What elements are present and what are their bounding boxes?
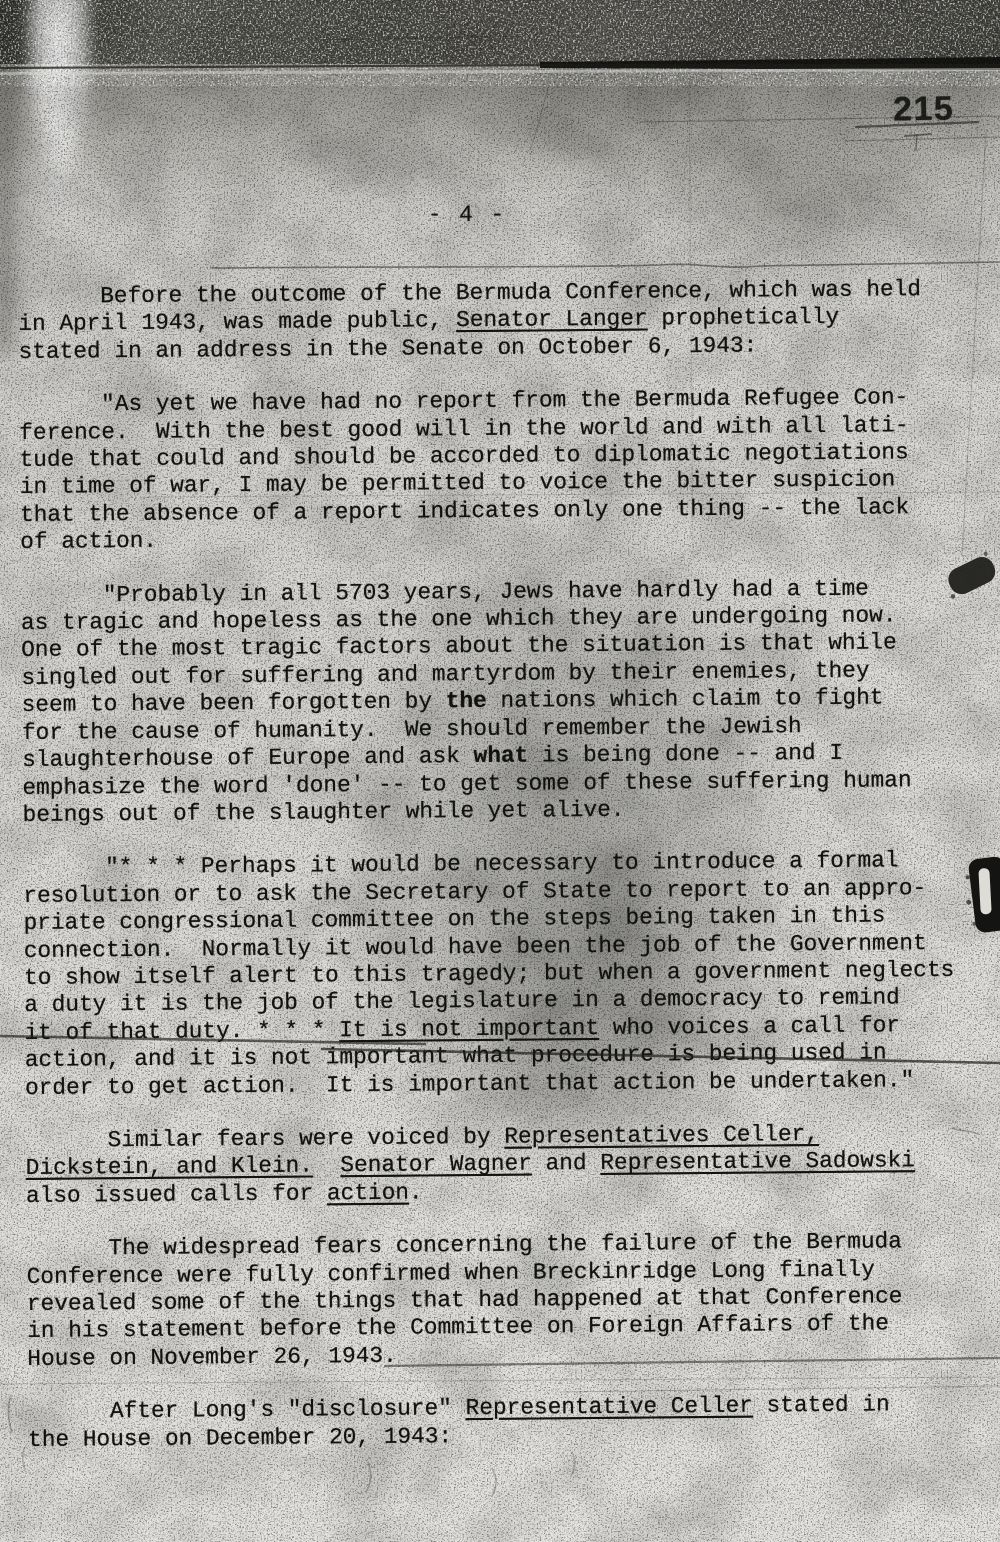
scan-smudge-top-center bbox=[430, 52, 760, 172]
paragraph: After Long's "disclosure" Representative… bbox=[28, 1391, 993, 1454]
paragraph: Similar fears were voiced by Representat… bbox=[25, 1120, 991, 1211]
text-segment bbox=[313, 1153, 341, 1179]
paragraph: "As yet we have had no report from the B… bbox=[19, 384, 985, 557]
text-segment: the House on December 20, 1943: bbox=[28, 1423, 452, 1453]
text-body: Before the outcome of the Bermuda Confer… bbox=[18, 276, 993, 1480]
text-segment: prophetically bbox=[648, 304, 840, 332]
scanned-document-page: 215 - 4 - Before the outcome of the Berm… bbox=[0, 0, 1000, 1542]
text-segment: and bbox=[532, 1150, 601, 1177]
underlined-text: Representatives Celler, bbox=[504, 1121, 819, 1150]
text-segment: it of that duty. * * * bbox=[24, 1017, 339, 1046]
text-segment: beings out of the slaughter while yet al… bbox=[23, 797, 625, 828]
paragraph: The widespread fears concerning the fail… bbox=[26, 1228, 992, 1373]
text-segment: House on November 26, 1943. bbox=[27, 1343, 397, 1372]
underlined-text: Senator Wagner bbox=[340, 1151, 532, 1179]
scan-light-streak-lower bbox=[34, 120, 86, 270]
text-segment: is being done -- and I bbox=[528, 740, 843, 769]
text-segment: the bbox=[446, 688, 487, 714]
text-segment: in April 1943, was made public, bbox=[18, 308, 456, 338]
scan-light-streak bbox=[26, 0, 92, 172]
paragraph: Before the outcome of the Bermuda Confer… bbox=[18, 276, 984, 367]
text-segment: seem to have been forgotten by bbox=[22, 689, 446, 719]
text-segment: of action. bbox=[20, 528, 157, 555]
text-segment: slaughterhouse of Europe and ask bbox=[22, 743, 474, 773]
paragraph: "* * * Perhaps it would be necessary to … bbox=[23, 847, 990, 1102]
text-segment: stated in bbox=[753, 1392, 890, 1419]
scan-dark-top-band bbox=[0, 0, 1000, 64]
text-segment: . bbox=[409, 1179, 423, 1205]
underlined-text: Representative Celler bbox=[465, 1393, 753, 1422]
text-segment: also issued calls for bbox=[26, 1180, 327, 1209]
text-segment: stated in an address in the Senate on Oc… bbox=[18, 332, 757, 364]
underlined-text: It is not important bbox=[339, 1015, 599, 1043]
text-segment: Similar fears were voiced by bbox=[25, 1124, 504, 1154]
text-segment: nations which claim to fight bbox=[487, 685, 884, 714]
page-stamp-number: 215 bbox=[893, 89, 955, 129]
underlined-text: action bbox=[327, 1179, 409, 1206]
text-segment: who voices a call for bbox=[599, 1012, 900, 1041]
text-segment: what bbox=[473, 743, 528, 769]
page-number-label: - 4 - bbox=[0, 202, 967, 228]
underlined-text: Representative Sadowski bbox=[600, 1148, 915, 1177]
text-segment: After Long's "disclosure" bbox=[28, 1395, 466, 1425]
underlined-text: Dickstein, and Klein. bbox=[26, 1153, 314, 1182]
paragraph: "Probably in all 5703 years, Jews have h… bbox=[21, 574, 988, 829]
underlined-text: Senator Langer bbox=[456, 306, 648, 334]
